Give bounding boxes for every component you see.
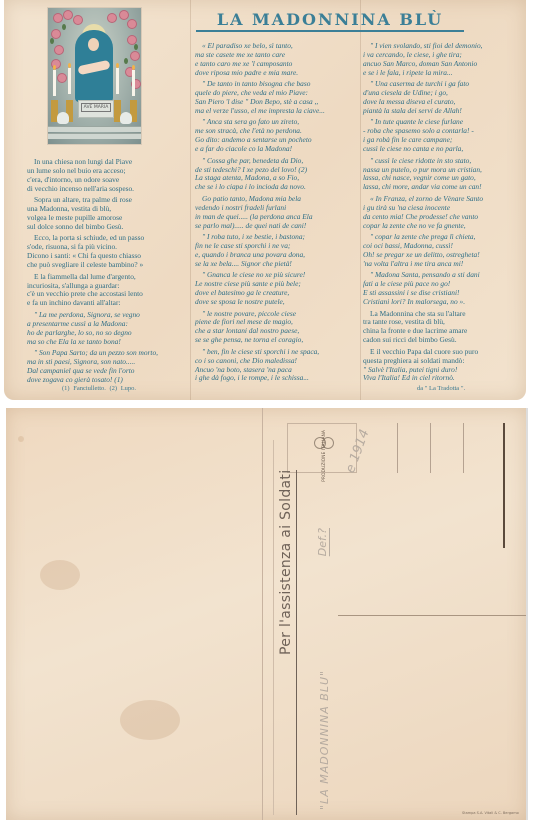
verse-line: dove zogava co gierà tosato! (1) xyxy=(27,376,192,385)
verse-line: e a far do ciacole co la Madona! xyxy=(195,145,361,154)
stanza: " Madona Santa, pensando a sti danifati … xyxy=(363,271,523,307)
divider xyxy=(273,440,274,815)
verse-line: Viva l'Italia! Ed in ciel ritornò. xyxy=(363,374,523,383)
handwritten-note: Def.? xyxy=(316,528,329,556)
address-divider xyxy=(463,423,464,473)
back-heading: Per l'assistenza ai Soldati xyxy=(278,470,297,815)
poem-column-right: " I vien svolando, sti fioi del demonio,… xyxy=(363,42,523,386)
stanza: Ecco, la porta si schiude, ed un passos'… xyxy=(27,234,192,270)
stanza: " De tanto in tanto bisogna che basoquel… xyxy=(195,80,361,116)
verse-line: ma so che Ela la xe tanto bona! xyxy=(27,338,192,347)
stanza: E la fiammella dal lume d'argento,incuri… xyxy=(27,273,192,309)
verse-line: copar la zente che no ve fa gnente, xyxy=(363,222,523,231)
stanza: " Gnanca le ciese no xe più sicure!Le no… xyxy=(195,271,361,307)
address-divider xyxy=(503,423,505,548)
verse-line: dove se sposa le nostre putele, xyxy=(195,298,361,307)
verse-line: che può svegliare il celeste bambino? » xyxy=(27,261,192,270)
printer-mark: Stampa S.A. Vitali & C. Bergamo xyxy=(462,811,519,815)
stanza: Go patio tanto, Madona mia belavedendo i… xyxy=(195,195,361,231)
stanza: " I vien svolando, sti fioi del demonio,… xyxy=(363,42,523,78)
postcard-back xyxy=(6,408,528,820)
poem-title: LA MADONNINA BLÙ xyxy=(196,10,464,32)
stanza: Sopra un altare, tra palme di roseuna Ma… xyxy=(27,196,192,232)
stanza: " copar la zente che prega lì chieta,coi… xyxy=(363,233,523,269)
verse-line: i ghe dà fogo, i le rompe, i le schissa.… xyxy=(195,374,361,383)
stanza: « El paradiso xe belo, sì tanto,ma ste c… xyxy=(195,42,361,78)
verse-line: se parlo mal)..... de quei nati de cani! xyxy=(195,222,361,231)
stanza: « In Franza, el zorno de Vènare Santoi g… xyxy=(363,195,523,231)
address-line xyxy=(338,615,526,616)
madonna-illustration: AVE MARIA xyxy=(47,7,142,145)
fold-line xyxy=(262,408,263,820)
verse-line: ma el verze l'usso, el me impresta la ci… xyxy=(195,107,361,116)
stanza: " Anca sta sera go fato un zireto,me son… xyxy=(195,118,361,154)
poem-column-left: In una chiesa non lungi dal Piaveun lume… xyxy=(27,158,192,387)
handwritten-title: "LA MADONNINA BLU" xyxy=(318,640,331,810)
verse-line: dove riposa mio padre e mia mare. xyxy=(195,69,361,78)
stanza: " Una caserma de turchi i ga fatod'una c… xyxy=(363,80,523,116)
poem-column-middle: « El paradiso xe belo, sì tanto,ma ste c… xyxy=(195,42,361,386)
stanza: " ben, fin le ciese sti sporchi i ne spa… xyxy=(195,348,361,384)
stanza: " La me perdona, Signora, se vegnoa pres… xyxy=(27,311,192,347)
stanza: " cussì le ciese ridotte in sto stato,na… xyxy=(363,157,523,193)
address-divider xyxy=(430,423,431,473)
stanza: E il vecchio Papa dal cuore suo puroques… xyxy=(363,348,523,384)
verse-line: sul dolce sonno del bimbo Gesù. xyxy=(27,223,192,232)
verse-line: se la xe bela.... Signor che pietà! xyxy=(195,260,361,269)
verse-line: e fa un inchino davanti all'altar: xyxy=(27,299,192,308)
verse-line: piantà la stala dei servi de Allah! xyxy=(363,107,523,116)
verse-line: che se i lo ciapa i lo inciodа da novo. xyxy=(195,183,361,192)
stanza: " I roba tuto, i xe bestie, i bastona;fi… xyxy=(195,233,361,269)
stanza: La Madonnina che sta su l'altaretra tant… xyxy=(363,310,523,346)
source-credit: da " La Tradotta ". xyxy=(417,385,465,392)
verse-line: lassa, chi more, andar via come un can! xyxy=(363,183,523,192)
stanza: " Son Papa Sarto; da un pezzo son morto,… xyxy=(27,349,192,385)
stamp-box-text: PRODUZIONE ITALIANA xyxy=(322,430,327,482)
verse-line: cadon sui ricci del bimbo Gesù. xyxy=(363,336,523,345)
verse-line: cussì le ciese no canta e no parla, xyxy=(363,145,523,154)
verse-line: 'na volta l'altra i me tira anca mi! xyxy=(363,260,523,269)
address-divider xyxy=(397,423,398,473)
stanza: " le nostre povare, piccole ciesepiene d… xyxy=(195,310,361,346)
stanza: In una chiesa non lungi dal Piaveun lume… xyxy=(27,158,192,194)
stanza: " Cossa ghe par, benedeta da Dio,de sti … xyxy=(195,157,361,193)
stanza: " In tute quante le ciese furlane- roba … xyxy=(363,118,523,154)
verse-line: e se i le fala, i ripete la mira... xyxy=(363,69,523,78)
verse-line: se se ghe pensa, ne torna el coragio, xyxy=(195,336,361,345)
verse-line: Cristiani lori? In malorsega, no ». xyxy=(363,298,523,307)
footnotes: (1) Fanciulletto. (2) Lupo. xyxy=(62,385,136,392)
altar-label: AVE MARIA xyxy=(81,103,111,112)
verse-line: di vecchio incenso nell'aria sospeso. xyxy=(27,185,192,194)
